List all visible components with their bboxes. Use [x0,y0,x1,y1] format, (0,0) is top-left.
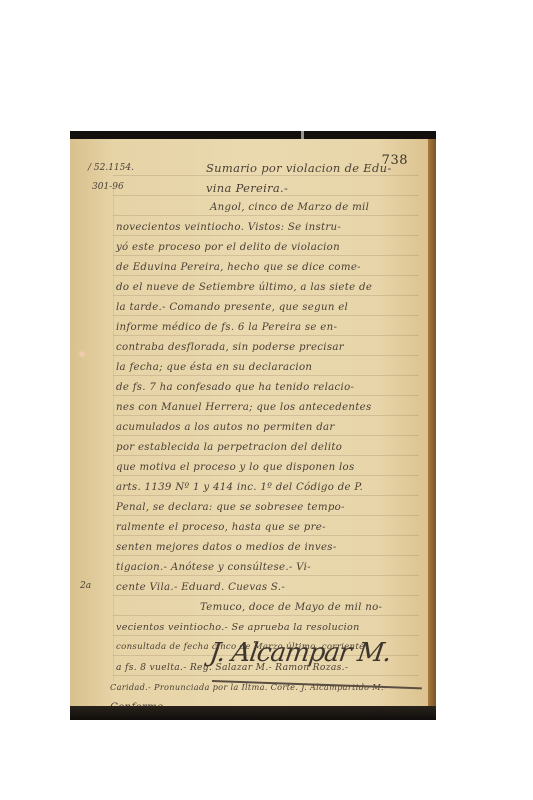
body-line: acumulados a los autos no permiten dar [116,422,335,433]
document-photo: 738 / 52.1154. 301-96 2a Sumario por vio… [70,131,436,720]
ruled-line [113,615,419,616]
ruled-line [113,515,419,516]
ruled-line [113,275,419,276]
body-line: do el nueve de Setiembre último, a las s… [116,282,372,293]
body-line: vecientos veintiocho.- Se aprueba la res… [116,622,360,633]
ruled-line [113,315,419,316]
body-line: de Eduvina Pereira, hecho que se dice co… [116,262,361,273]
ledger-page: 738 / 52.1154. 301-96 2a Sumario por vio… [70,139,428,707]
body-line: la fecha; que ésta en su declaracion [116,362,312,373]
light-reflection [80,352,84,356]
body-line: arts. 1139 Nº 1 y 414 inc. 1º del Código… [116,482,363,493]
ruled-line [113,355,419,356]
ruled-line [113,595,419,596]
ruled-line [113,435,419,436]
body-line: Angol, cinco de Marzo de mil [210,202,369,213]
ruled-line [113,575,419,576]
ruled-line [113,415,419,416]
body-line: novecientos veintiocho. Vistos: Se instr… [116,222,341,233]
body-line: informe médico de fs. 6 la Pereira se en… [116,322,337,333]
ruled-line [113,555,419,556]
ruled-line [113,175,419,176]
margin-note-section: 2a [80,581,91,591]
body-line: por establecida la perpetracion del deli… [116,442,342,453]
signature: J. Alcampar M. [208,638,393,668]
title-line: Sumario por violacion de Edu- [206,161,392,175]
body-line: nes con Manuel Herrera; que los antecede… [116,402,372,413]
margin-line [113,181,114,681]
page-edge [428,139,436,711]
body-line: yó este proceso por el delito de violaci… [116,242,340,253]
ruled-line [113,395,419,396]
body-line: tigacion.- Anótese y consúltese.- Vi- [116,562,311,573]
body-line: contraba desflorada, sin poderse precisa… [116,342,344,353]
body-line: senten mejores datos o medios de inves- [116,542,337,553]
ruled-line [113,495,419,496]
ruled-line [113,535,419,536]
ruled-line [113,335,419,336]
body-line: Temuco, doce de Mayo de mil no- [200,602,382,613]
title-line: vina Pereira.- [206,181,288,195]
body-line: Caridad.- Pronunciada por la Iltma. Cort… [110,682,387,692]
ruled-line [113,675,419,676]
ruled-line [113,215,419,216]
ruled-line [113,235,419,236]
margin-note-reference: 301-96 [92,182,124,192]
body-line: cente Vila.- Eduard. Cuevas S.- [116,582,285,593]
ruled-line [113,295,419,296]
ruled-line [113,475,419,476]
ruled-line [113,635,419,636]
body-line: Penal, se declara: que se sobresee tempo… [116,502,345,513]
body-line: la tarde.- Comando presente, que segun e… [116,302,348,313]
ruled-line [113,195,419,196]
body-line: ralmente el proceso, hasta que se pre- [116,522,326,533]
margin-note-case-number: / 52.1154. [88,163,134,173]
ruled-line [113,255,419,256]
book-bottom-edge [70,706,436,720]
body-line: de fs. 7 ha confesado que ha tenido rela… [116,382,354,393]
ruled-line [113,375,419,376]
body-line: que motiva el proceso y lo que disponen … [116,462,355,473]
ruled-line [113,455,419,456]
